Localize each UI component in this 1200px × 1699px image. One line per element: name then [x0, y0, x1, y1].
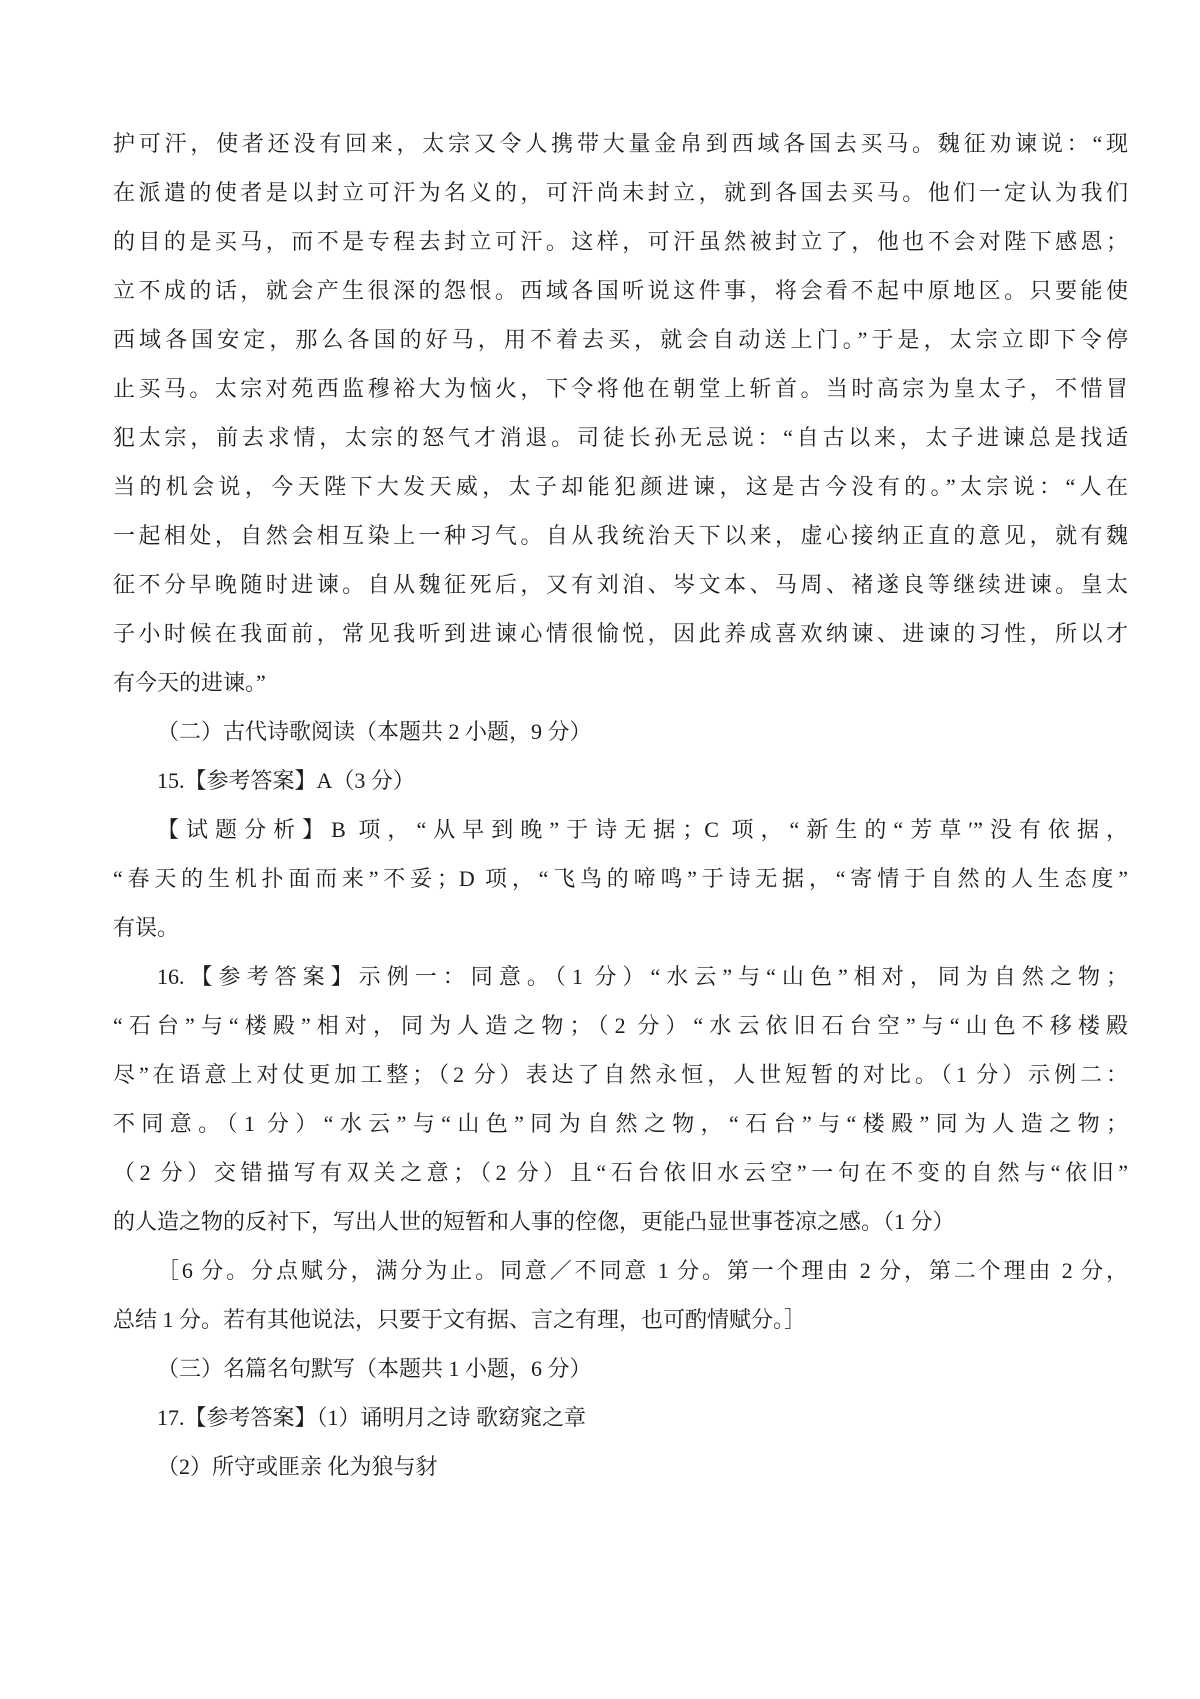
text-line: （三）名篇名句默写（本题共 1 小题，6 分）: [113, 1344, 1128, 1393]
text-line: 不同意。（1 分）“水云”与“山色”同为自然之物，“石台”与“楼殿”同为人造之物…: [113, 1099, 1128, 1148]
text-line: 16.【参考答案】示例一：同意。（1 分）“水云”与“山色”相对，同为自然之物；: [113, 952, 1128, 1001]
text-line: “春天的生机扑面而来”不妥；D 项，“飞鸟的啼鸣”于诗无据，“寄情于自然的人生态…: [113, 854, 1128, 903]
text-line: “石台”与“楼殿”相对，同为人造之物；（2 分）“水云依旧石台空”与“山色不移楼…: [113, 1001, 1128, 1050]
text-line: 的目的是买马，而不是专程去封立可汗。这样，可汗虽然被封立了，他也不会对陛下感恩；: [113, 217, 1128, 266]
text-column: 护可汗，使者还没有回来，太宗又令人携带大量金帛到西域各国去买马。魏征劝谏说：“现…: [113, 119, 1128, 1491]
text-line: 15.【参考答案】A（3 分）: [113, 756, 1128, 805]
text-line: 的人造之物的反衬下，写出人世的短暂和人事的倥偬，更能凸显世事苍凉之感。（1 分）: [113, 1197, 1128, 1246]
text-line: 立不成的话，就会产生很深的怨恨。西域各国听说这件事，将会看不起中原地区。只要能使: [113, 266, 1128, 315]
text-line: 【试题分析】B 项，“从早到晚”于诗无据；C 项，“新生的“芳草′”没有依据，: [113, 805, 1128, 854]
text-line: 尽”在语意上对仗更加工整；（2 分）表达了自然永恒，人世短暂的对比。（1 分）示…: [113, 1050, 1128, 1099]
text-line: 17.【参考答案】（1）诵明月之诗 歌窈窕之章: [113, 1393, 1128, 1442]
text-line: 子小时候在我面前，常见我听到进谏心情很愉悦，因此养成喜欢纳谏、进谏的习性，所以才: [113, 609, 1128, 658]
text-line: 西域各国安定，那么各国的好马，用不着去买，就会自动送上门。”于是，太宗立即下令停: [113, 315, 1128, 364]
text-line: 当的机会说，今天陛下大发天威，太子却能犯颜进谏，这是古今没有的。”太宗说：“人在: [113, 462, 1128, 511]
text-line: （2）所守或匪亲 化为狼与豺: [113, 1442, 1128, 1491]
text-line: （二）古代诗歌阅读（本题共 2 小题，9 分）: [113, 707, 1128, 756]
text-line: 犯太宗，前去求情，太宗的怒气才消退。司徒长孙无忌说：“自古以来，太子进谏总是找适: [113, 413, 1128, 462]
text-line: 有误。: [113, 903, 1128, 952]
text-line: （2 分）交错描写有双关之意；（2 分）且“石台依旧水云空”一句在不变的自然与“…: [113, 1148, 1128, 1197]
text-line: 总结 1 分。若有其他说法，只要于文有据、言之有理，也可酌情赋分。］: [113, 1295, 1128, 1344]
text-line: 止买马。太宗对苑西监穆裕大为恼火，下令将他在朝堂上斩首。当时高宗为皇太子，不惜冒: [113, 364, 1128, 413]
text-line: 有今天的进谏。”: [113, 658, 1128, 707]
text-line: 征不分早晚随时进谏。自从魏征死后，又有刘洎、岑文本、马周、褚遂良等继续进谏。皇太: [113, 560, 1128, 609]
text-line: 护可汗，使者还没有回来，太宗又令人携带大量金帛到西域各国去买马。魏征劝谏说：“现: [113, 119, 1128, 168]
text-line: 在派遣的使者是以封立可汗为名义的，可汗尚未封立，就到各国去买马。他们一定认为我们: [113, 168, 1128, 217]
document-page: 护可汗，使者还没有回来，太宗又令人携带大量金帛到西域各国去买马。魏征劝谏说：“现…: [0, 0, 1200, 1699]
text-line: ［6 分。分点赋分，满分为止。同意／不同意 1 分。第一个理由 2 分，第二个理…: [113, 1246, 1128, 1295]
text-line: 一起相处，自然会相互染上一种习气。自从我统治天下以来，虚心接纳正直的意见，就有魏: [113, 511, 1128, 560]
